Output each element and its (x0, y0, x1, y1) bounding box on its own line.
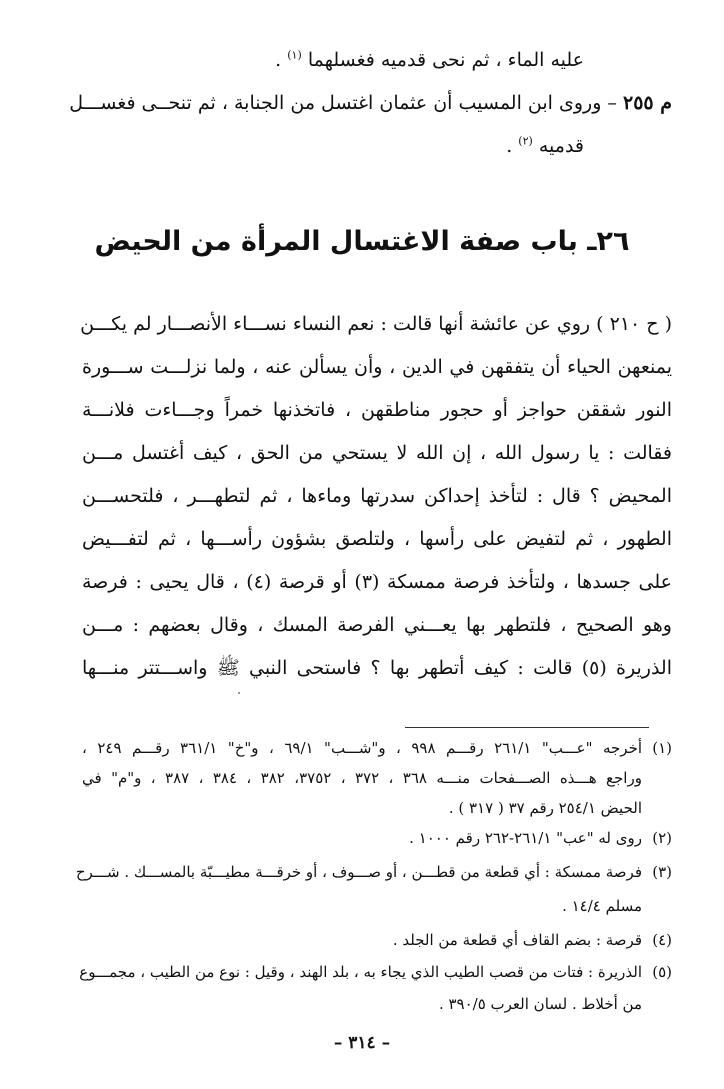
text: . (275, 49, 281, 71)
footnote-2: (٢)روى له "عب" ٢٦١/١-٢٦٢ رقم ١٠٠٠ . (409, 828, 672, 848)
item-255-line-2: قدميه (٢) . (506, 134, 584, 158)
text: قرصة : بضم القاف أي قطعة من الجلد . (393, 931, 642, 949)
hadith-line: الطهور ، ثم لتفيض على رأسها ، ولتلصق بشؤ… (82, 527, 672, 551)
text: فرصة ممسكة : أي قطعة من قطـــن ، أو صـــ… (76, 863, 642, 881)
footnote-ref-1[interactable]: (١) (287, 49, 302, 62)
footnote-1-line-1: (١)أخرجه "عـــب" ٢٦١/١ رقـــم ٩٩٨ ، و"شـ… (82, 738, 672, 758)
footnote-number: (٣) (642, 862, 672, 882)
item-number: م ٢٥٥ (623, 92, 672, 114)
text: عليه الماء ، ثم نحى قدميه فغسلهما (308, 49, 584, 71)
footnote-number: (٥) (642, 962, 672, 982)
hadith-line: فقالت : يا رسول الله ، إن الله لا يستحي … (82, 441, 672, 465)
footnote-number: (٢) (642, 828, 672, 848)
text: روى له "عب" ٢٦١/١-٢٦٢ رقم ١٠٠٠ . (409, 829, 642, 847)
footnote-ref-2[interactable]: (٢) (518, 135, 533, 148)
scan-speck (238, 692, 240, 694)
footnote-separator (405, 727, 649, 728)
item-255-line-1: م ٢٥٥ – وروى ابن المسيب أن عثمان اغتسل م… (82, 91, 672, 115)
hadith-line: الذريرة (٥) قالت : كيف أتطهر بها ؟ فاستح… (82, 656, 672, 680)
footnote-1-line-3: الحيض ٢٥٤/١ رقم ٣٧ ( ٣١٧ ) . (449, 798, 642, 818)
text: أخرجه "عـــب" ٢٦١/١ رقـــم ٩٩٨ ، و"شـــب… (82, 739, 642, 757)
continuation-line: عليه الماء ، ثم نحى قدميه فغسلهما (١) . (275, 48, 584, 72)
hadith-line: وهو الصحيح ، فلتطهر بها يعـــني الفرصة ا… (82, 613, 672, 637)
chapter-title: ٢٦ـ باب صفة الاغتسال المرأة من الحيض (0, 226, 724, 257)
text: . (506, 135, 512, 157)
footnote-4: (٤)قرصة : بضم القاف أي قطعة من الجلد . (393, 930, 672, 950)
text: قدميه (539, 135, 584, 157)
hadith-line: ( ح ٢١٠ ) روي عن عائشة أنها قالت : نعم ا… (82, 312, 672, 336)
footnote-3-line-1: (٣)فرصة ممسكة : أي قطعة من قطـــن ، أو ص… (82, 862, 672, 882)
hadith-line: يمنعهن الحياء أن يتفقهن في الدين ، وأن ي… (82, 355, 672, 379)
footnote-number: (١) (642, 738, 672, 758)
text: – وروى ابن المسيب أن عثمان اغتسل من الجن… (69, 92, 617, 114)
footnote-1-line-2: وراجع هـــذه الصـــفحات منـــه ٣٦٨ ، ٣٧٢… (82, 768, 642, 788)
book-page: عليه الماء ، ثم نحى قدميه فغسلهما (١) . … (0, 0, 724, 1089)
text: الذريرة : فتات من قصب الطيب الذي يجاء به… (79, 963, 642, 981)
page-number: – ٣١٤ – (0, 1033, 724, 1053)
hadith-line: المحيض ؟ قال : لتأخذ إحداكن سدرتها وماءه… (82, 484, 672, 508)
footnote-5-line-1: (٥)الذريرة : فتات من قصب الطيب الذي يجاء… (82, 962, 672, 982)
footnote-number: (٤) (642, 930, 672, 950)
footnote-3-line-2: مسلم ١٤/٤ . (562, 896, 642, 916)
hadith-line: النور شققن حواجز أو حجور مناطقهن ، فاتخذ… (82, 398, 672, 422)
footnote-5-line-2: من أخلاط . لسان العرب ٣٩٠/٥ . (439, 994, 642, 1014)
hadith-line: على جسدها ، ولتأخذ فرصة ممسكة (٣) أو قرص… (82, 570, 672, 594)
